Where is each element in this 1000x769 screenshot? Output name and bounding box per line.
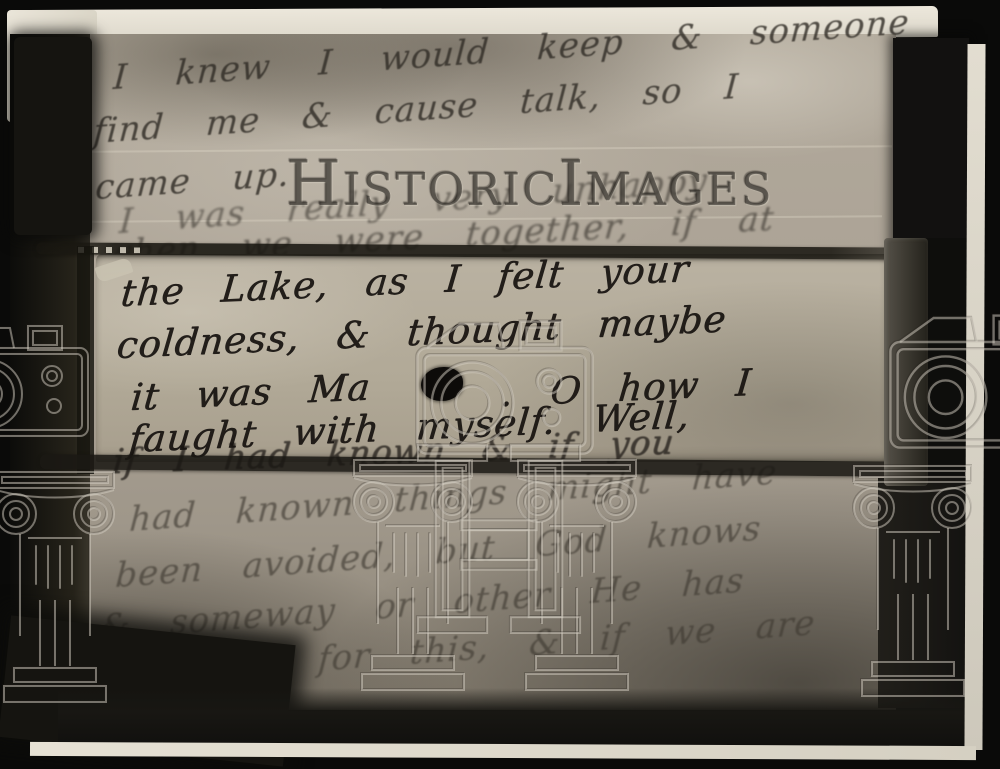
crop-mark-left xyxy=(77,246,94,474)
press-photo-of-handwritten-letter: I knew I would keep & someone find me & … xyxy=(0,0,1000,769)
photo-paper-bottom-edge xyxy=(30,742,976,760)
dark-exposure-bottom xyxy=(58,688,972,746)
photo-paper-right-edge xyxy=(964,44,985,750)
dark-exposure-topleft xyxy=(14,37,92,235)
ink-blot xyxy=(421,367,463,401)
tape-mark-right xyxy=(884,238,928,486)
dark-exposure-right xyxy=(924,238,970,486)
dark-exposure-right-lower xyxy=(878,478,970,708)
dark-exposure-topright xyxy=(893,38,969,250)
